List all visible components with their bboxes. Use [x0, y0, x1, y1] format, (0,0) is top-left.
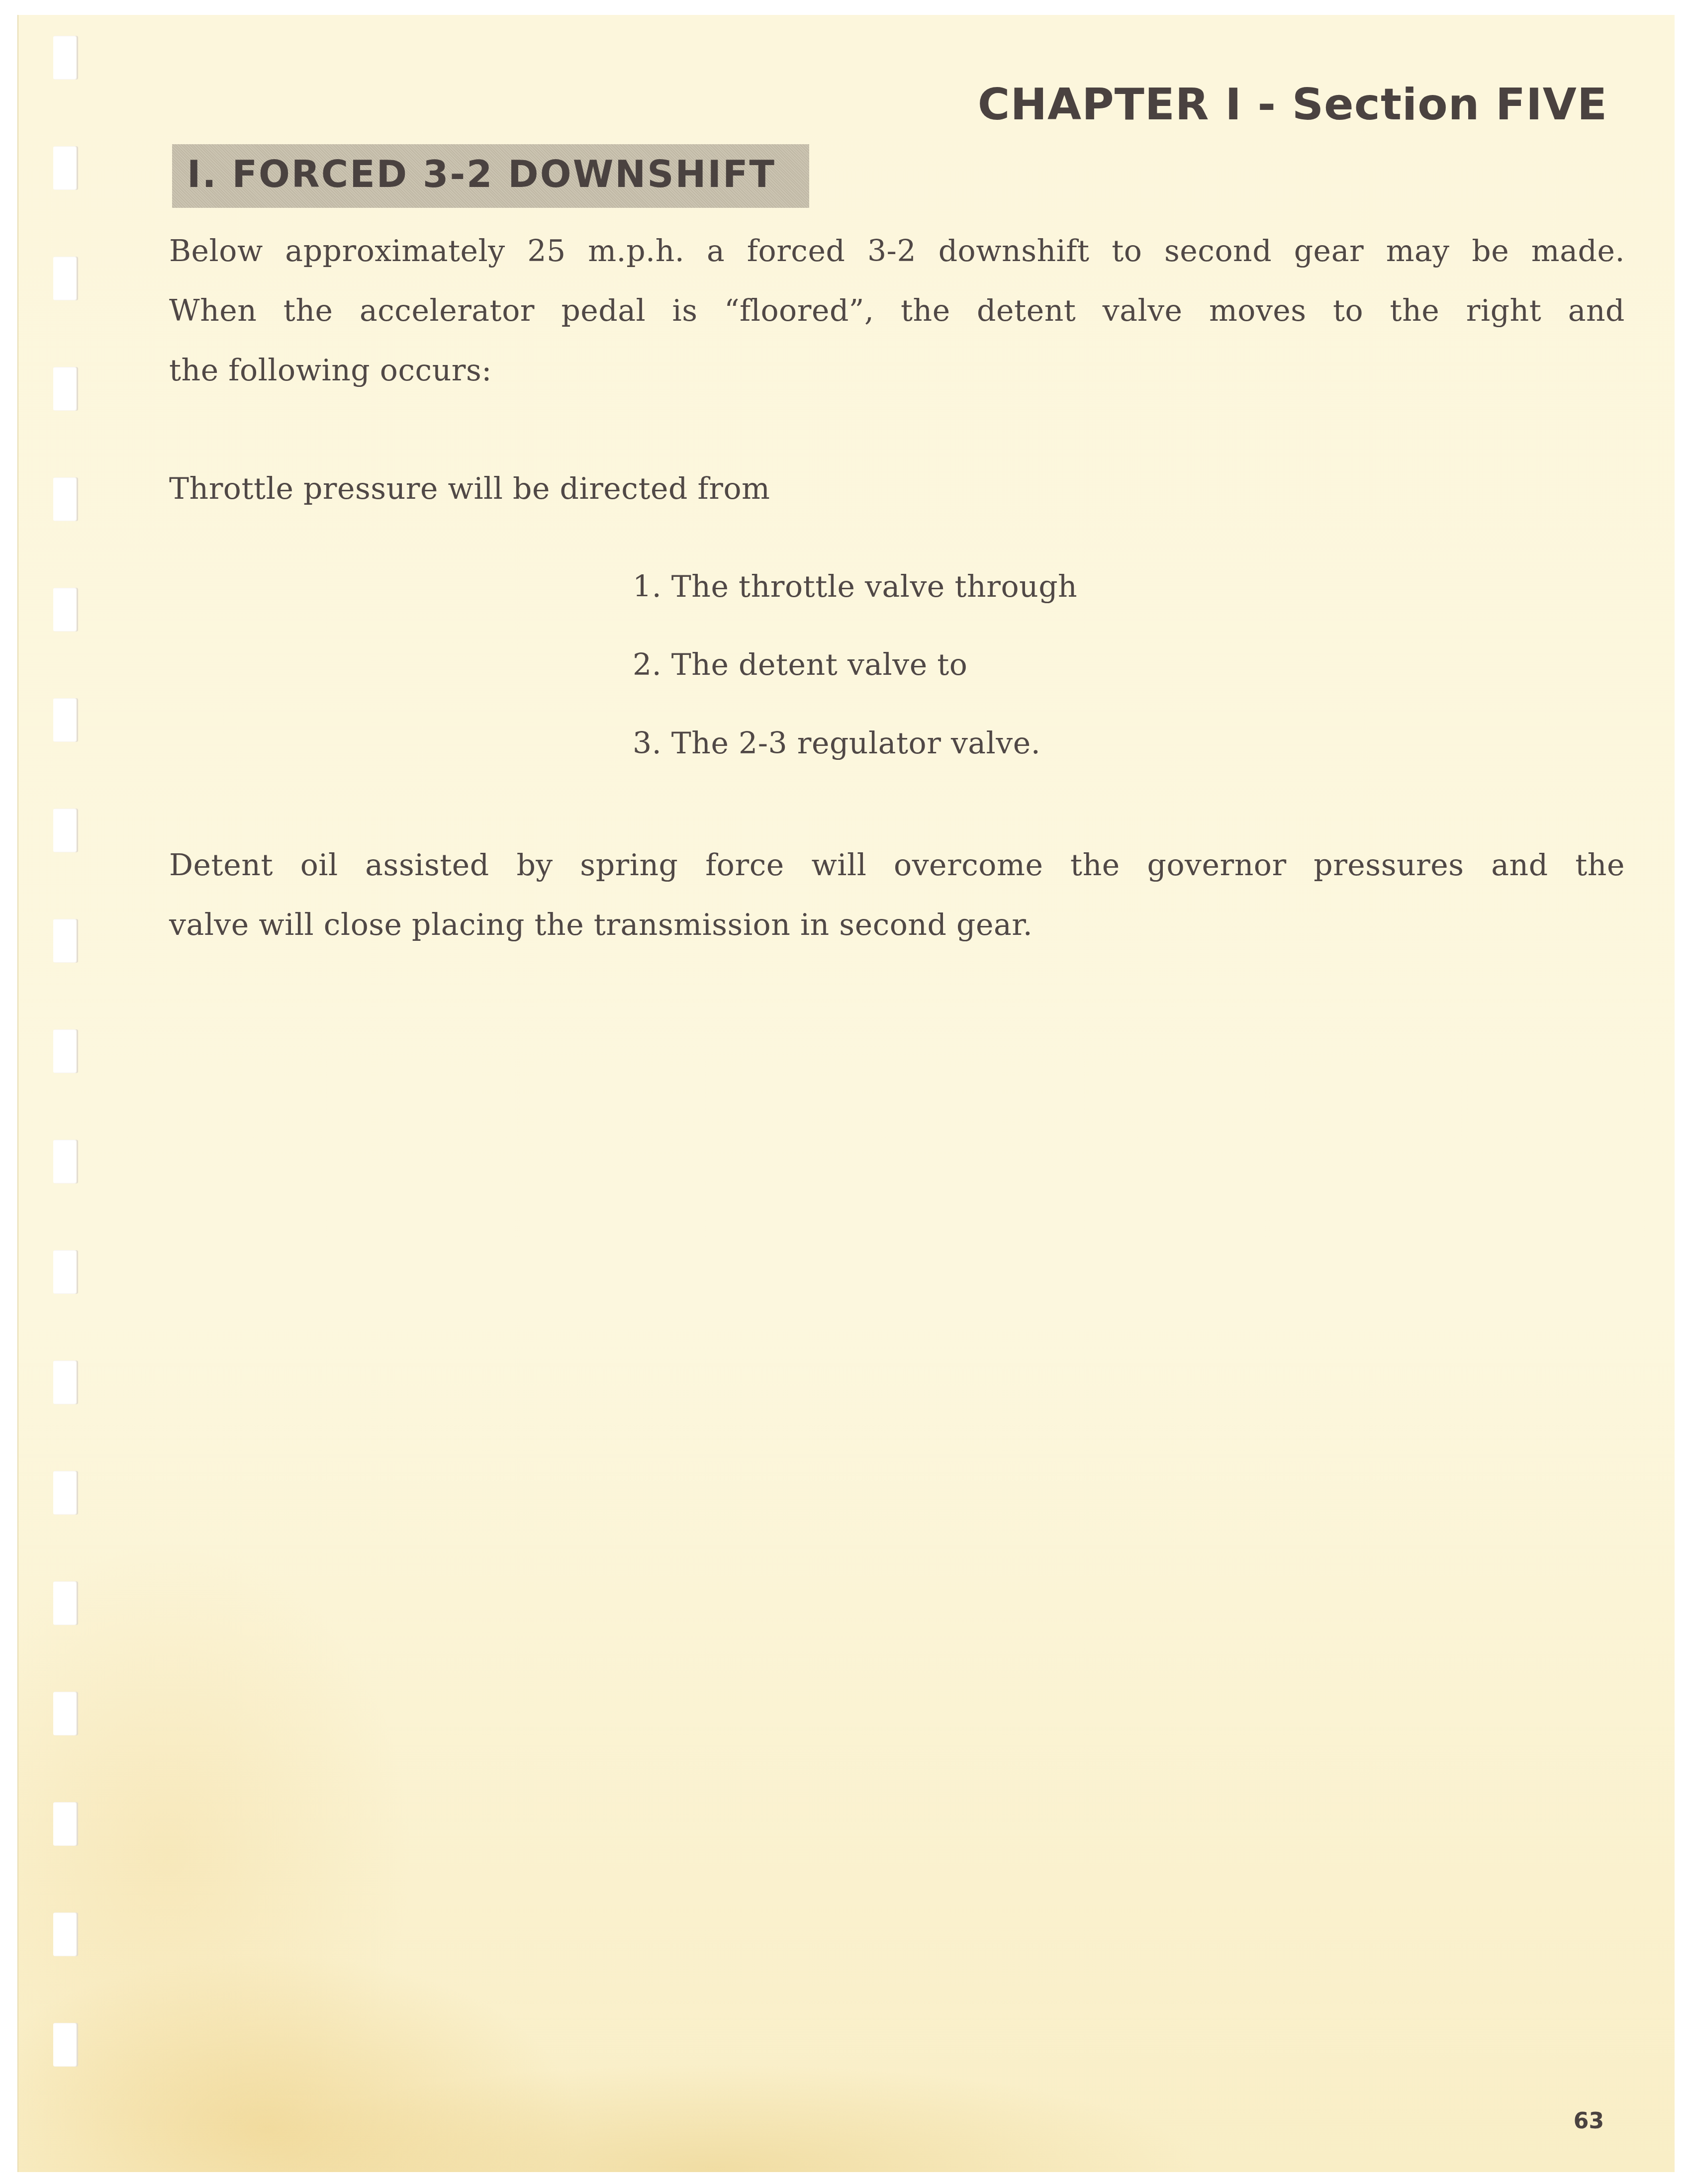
binding-hole	[53, 919, 78, 963]
document-page: CHAPTER I - Section FIVE I. FORCED 3-2 D…	[17, 15, 1675, 2172]
binding-hole	[53, 698, 78, 742]
binding-hole	[53, 367, 78, 411]
binding-hole	[53, 477, 78, 521]
step-item: 2. The detent valve to	[633, 647, 968, 682]
binding-hole	[53, 36, 78, 80]
step-item: 3. The 2-3 regulator valve.	[633, 726, 1040, 761]
binding-hole	[53, 1029, 78, 1073]
intro-line-2: When the accelerator pedal is “floored”,…	[169, 293, 1625, 328]
binding-hole	[53, 1471, 78, 1515]
binding-hole	[53, 1802, 78, 1846]
binding-hole	[53, 1250, 78, 1294]
binding-hole	[53, 1692, 78, 1735]
binding-hole	[53, 1361, 78, 1404]
section-heading-box: I. FORCED 3-2 DOWNSHIFT	[172, 144, 809, 208]
intro-line-3: the following occurs:	[169, 353, 492, 388]
binding-hole	[53, 809, 78, 852]
closing-line-1: Detent oil assisted by spring force will…	[169, 848, 1625, 883]
closing-line-2: valve will close placing the transmissio…	[169, 908, 1033, 942]
page-number: 63	[1574, 2108, 1604, 2134]
binding-hole	[53, 1912, 78, 1956]
binding-hole	[53, 146, 78, 190]
binding-hole	[53, 257, 78, 300]
binding-hole	[53, 1140, 78, 1183]
step-item: 1. The throttle valve through	[633, 569, 1077, 604]
intro-line-1: Below approximately 25 m.p.h. a forced 3…	[169, 234, 1625, 269]
binding-hole	[53, 1581, 78, 1625]
throttle-statement: Throttle pressure will be directed from	[169, 471, 770, 506]
binding-hole	[53, 588, 78, 632]
section-title: I. FORCED 3-2 DOWNSHIFT	[187, 153, 776, 196]
binding-hole	[53, 2023, 78, 2067]
chapter-title: CHAPTER I - Section FIVE	[978, 79, 1607, 130]
